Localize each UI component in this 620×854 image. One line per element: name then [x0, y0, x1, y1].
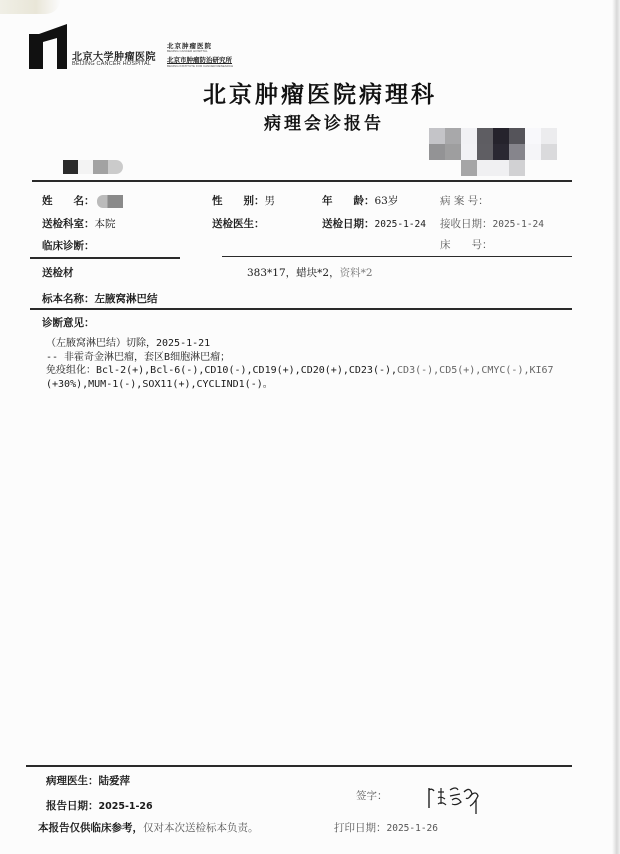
gender-field: 性 别：男 — [212, 193, 275, 208]
material-value-text: 383*17，蜡块*2， — [247, 267, 340, 279]
scan-artifact — [0, 0, 60, 14]
signature-image — [426, 782, 488, 816]
report-date-value: 2025-1-26 — [99, 801, 153, 812]
clinical-dx-field: 临床诊断： — [42, 238, 95, 253]
diagnosis-line-1: （左腋窝淋巴结）切除，2025-1-21 — [46, 338, 210, 349]
divider — [26, 765, 572, 767]
hospital-logo-en: BEIJING CANCER HOSPITAL — [72, 61, 151, 67]
case-no-field: 病 案 号： — [440, 193, 489, 208]
bed-field: 床 号： — [440, 237, 493, 252]
report-date-field: 报告日期：2025-1-26 — [46, 798, 153, 813]
dept-field: 送检科室：本院 — [42, 216, 116, 231]
material-field: 送检材 — [42, 265, 74, 280]
divider — [222, 256, 572, 257]
diagnosis-label-text: 诊断意见： — [42, 317, 95, 329]
diagnosis-line-3b: CD3(-),CD5(+),CMYC(-),KI67 — [397, 365, 554, 376]
print-date-label: 打印日期： — [334, 822, 387, 834]
receive-date-field: 接收日期：2025-1-24 — [440, 216, 544, 231]
gender-value: 男 — [265, 195, 276, 207]
disclaimer-text-faded: 仅对本次送检标本负责。 — [143, 822, 259, 834]
name-redacted — [97, 195, 123, 208]
diagnosis-line-3a: 免疫组化：Bcl-2(+),Bcl-6(-),CD10(-),CD19(+),C… — [46, 365, 397, 376]
doctor-field: 送检医生： — [212, 216, 265, 231]
divider — [30, 257, 180, 259]
diagnosis-line-4: (+30%),MUM-1(-),SOX11(+),CYCLIND1(-)。 — [46, 379, 273, 390]
secondary-logo-en-2: BEIJING INSTITUTE FOR CANCER RESEARCH — [167, 64, 233, 68]
age-label: 年 龄： — [322, 195, 375, 207]
age-field: 年 龄：63岁 — [322, 193, 398, 208]
redaction-mosaic — [429, 128, 557, 176]
print-date-field: 打印日期：2025-1-26 — [334, 820, 438, 835]
secondary-logo-en-1: BEIJING CANCER HOSPITAL — [167, 49, 208, 53]
material-value-faded: 资料*2 — [340, 267, 373, 279]
signature-field: 签字： — [356, 788, 388, 803]
divider — [30, 308, 572, 310]
specimen-name-label: 标本名称： — [42, 293, 95, 305]
divider — [32, 180, 572, 182]
dept-label: 送检科室： — [42, 218, 95, 230]
specimen-name-field: 标本名称：左腋窝淋巴结 — [42, 291, 158, 306]
bed-label: 床 号： — [440, 239, 493, 251]
report-page: 北京大学肿瘤医院 BEIJING CANCER HOSPITAL 北京肿瘤医院 … — [0, 0, 620, 854]
gender-label: 性 别： — [212, 195, 265, 207]
report-date-label: 报告日期： — [46, 800, 99, 812]
disclaimer-text: 本报告仅供临床参考， — [38, 822, 143, 834]
material-value: 383*17，蜡块*2，资料*2 — [247, 265, 373, 280]
specimen-name-value: 左腋窝淋巴结 — [95, 293, 158, 305]
hospital-logo-icon — [29, 24, 67, 69]
case-no-label: 病 案 号： — [440, 195, 489, 207]
material-label: 送检材 — [42, 267, 74, 279]
diagnosis-line-2: -- 非霍奇金淋巴瘤，套区B细胞淋巴瘤； — [46, 352, 230, 363]
pathologist-value: 陆爱萍 — [99, 775, 131, 787]
pathologist-field: 病理医生：陆爱萍 — [46, 773, 130, 788]
submit-date-label: 送检日期： — [322, 218, 375, 230]
diagnosis-label: 诊断意见： — [42, 315, 95, 330]
clinical-dx-label: 临床诊断： — [42, 240, 95, 252]
disclaimer: 本报告仅供临床参考，仅对本次送检标本负责。 — [38, 820, 259, 835]
report-title: 北京肿瘤医院病理科 — [0, 76, 620, 109]
submit-date-field: 送检日期：2025-1-24 — [322, 216, 426, 231]
submit-date-value: 2025-1-24 — [375, 219, 426, 230]
receive-date-label: 接收日期： — [440, 218, 493, 230]
doctor-label: 送检医生： — [212, 218, 265, 230]
patient-name-field: 姓 名： — [42, 193, 123, 208]
age-value: 63岁 — [375, 195, 399, 207]
print-date-value: 2025-1-26 — [387, 823, 438, 834]
signature-label: 签字： — [356, 790, 388, 802]
dept-value: 本院 — [95, 218, 116, 230]
secondary-logo-cn-2: 北京市肿瘤防治研究所 — [167, 55, 232, 64]
diagnosis-text: （左腋窝淋巴结）切除，2025-1-21 -- 非霍奇金淋巴瘤，套区B细胞淋巴瘤… — [46, 337, 554, 391]
receive-date-value: 2025-1-24 — [493, 219, 544, 230]
pathologist-label: 病理医生： — [46, 775, 99, 787]
name-label: 姓 名： — [42, 195, 95, 207]
redaction-mosaic — [63, 160, 123, 174]
